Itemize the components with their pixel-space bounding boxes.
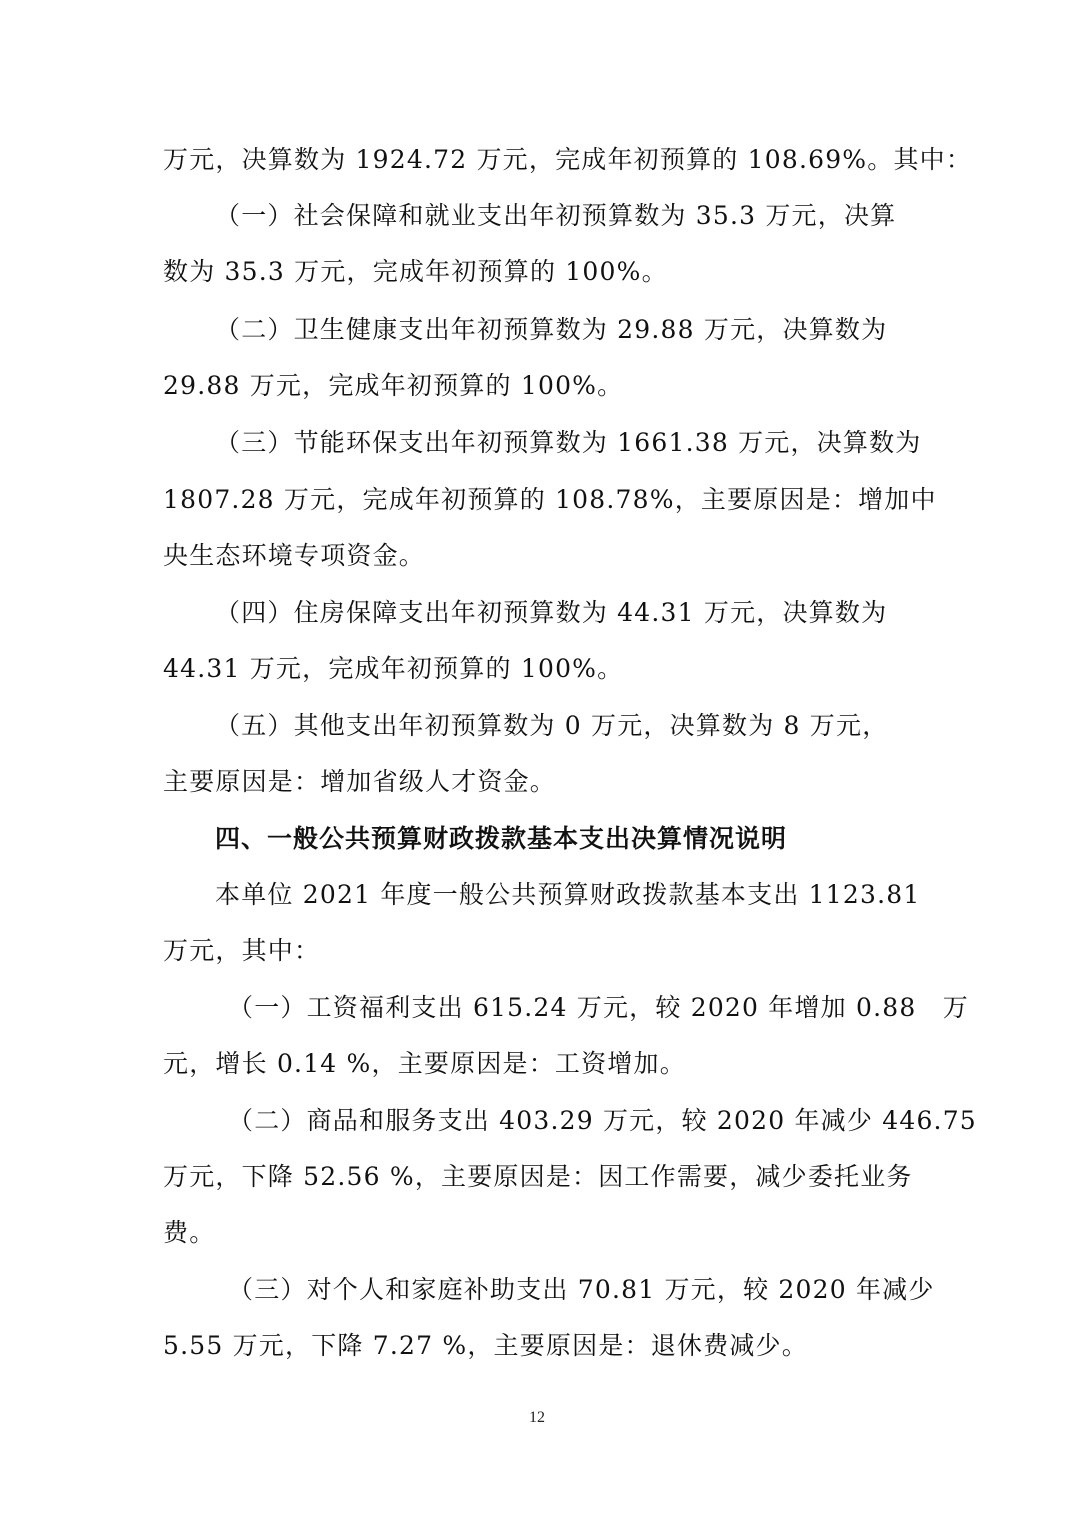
paragraph-line: 央生态环境专项资金。 — [163, 539, 425, 573]
section-heading: 四、一般公共预算财政拨款基本支出决算情况说明 — [215, 822, 787, 856]
page-number: 12 — [0, 1409, 1074, 1427]
paragraph-line: 主要原因是：增加省级人才资金。 — [163, 765, 556, 799]
paragraph-line: （一）工资福利支出 615.24 万元，较 2020 年增加 0.88 万 — [228, 991, 969, 1025]
paragraph-line: （四）住房保障支出年初预算数为 44.31 万元，决算数为 — [215, 596, 887, 630]
paragraph-line: （三）对个人和家庭补助支出 70.81 万元，较 2020 年减少 — [228, 1273, 935, 1307]
paragraph-line: 数为 35.3 万元，完成年初预算的 100%。 — [163, 255, 668, 289]
paragraph-line: （三）节能环保支出年初预算数为 1661.38 万元，决算数为 — [215, 426, 921, 460]
paragraph-line: （一）社会保障和就业支出年初预算数为 35.3 万元，决算 — [215, 199, 896, 233]
paragraph-line: 费。 — [163, 1216, 215, 1250]
paragraph-line: 44.31 万元，完成年初预算的 100%。 — [163, 652, 623, 686]
paragraph-line: 1807.28 万元，完成年初预算的 108.78%，主要原因是：增加中 — [163, 483, 937, 517]
paragraph-line: 5.55 万元，下降 7.27 %，主要原因是：退休费减少。 — [163, 1329, 808, 1363]
paragraph-line: 元，增长 0.14 %，主要原因是：工资增加。 — [163, 1047, 686, 1081]
paragraph-line: 29.88 万元，完成年初预算的 100%。 — [163, 369, 623, 403]
paragraph-line: （二）商品和服务支出 403.29 万元，较 2020 年减少 446.75 — [228, 1104, 977, 1138]
paragraph-line: 万元，下降 52.56 %，主要原因是：因工作需要，减少委托业务 — [163, 1160, 913, 1194]
document-page: 万元，决算数为 1924.72 万元，完成年初预算的 108.69%。其中： （… — [0, 0, 1074, 1520]
paragraph-line: 本单位 2021 年度一般公共预算财政拨款基本支出 1123.81 — [215, 878, 920, 912]
paragraph-line: 万元，决算数为 1924.72 万元，完成年初预算的 108.69%。其中： — [163, 143, 972, 177]
paragraph-line: 万元，其中： — [163, 934, 320, 968]
paragraph-line: （五）其他支出年初预算数为 0 万元，决算数为 8 万元， — [215, 709, 888, 743]
paragraph-line: （二）卫生健康支出年初预算数为 29.88 万元，决算数为 — [215, 313, 887, 347]
